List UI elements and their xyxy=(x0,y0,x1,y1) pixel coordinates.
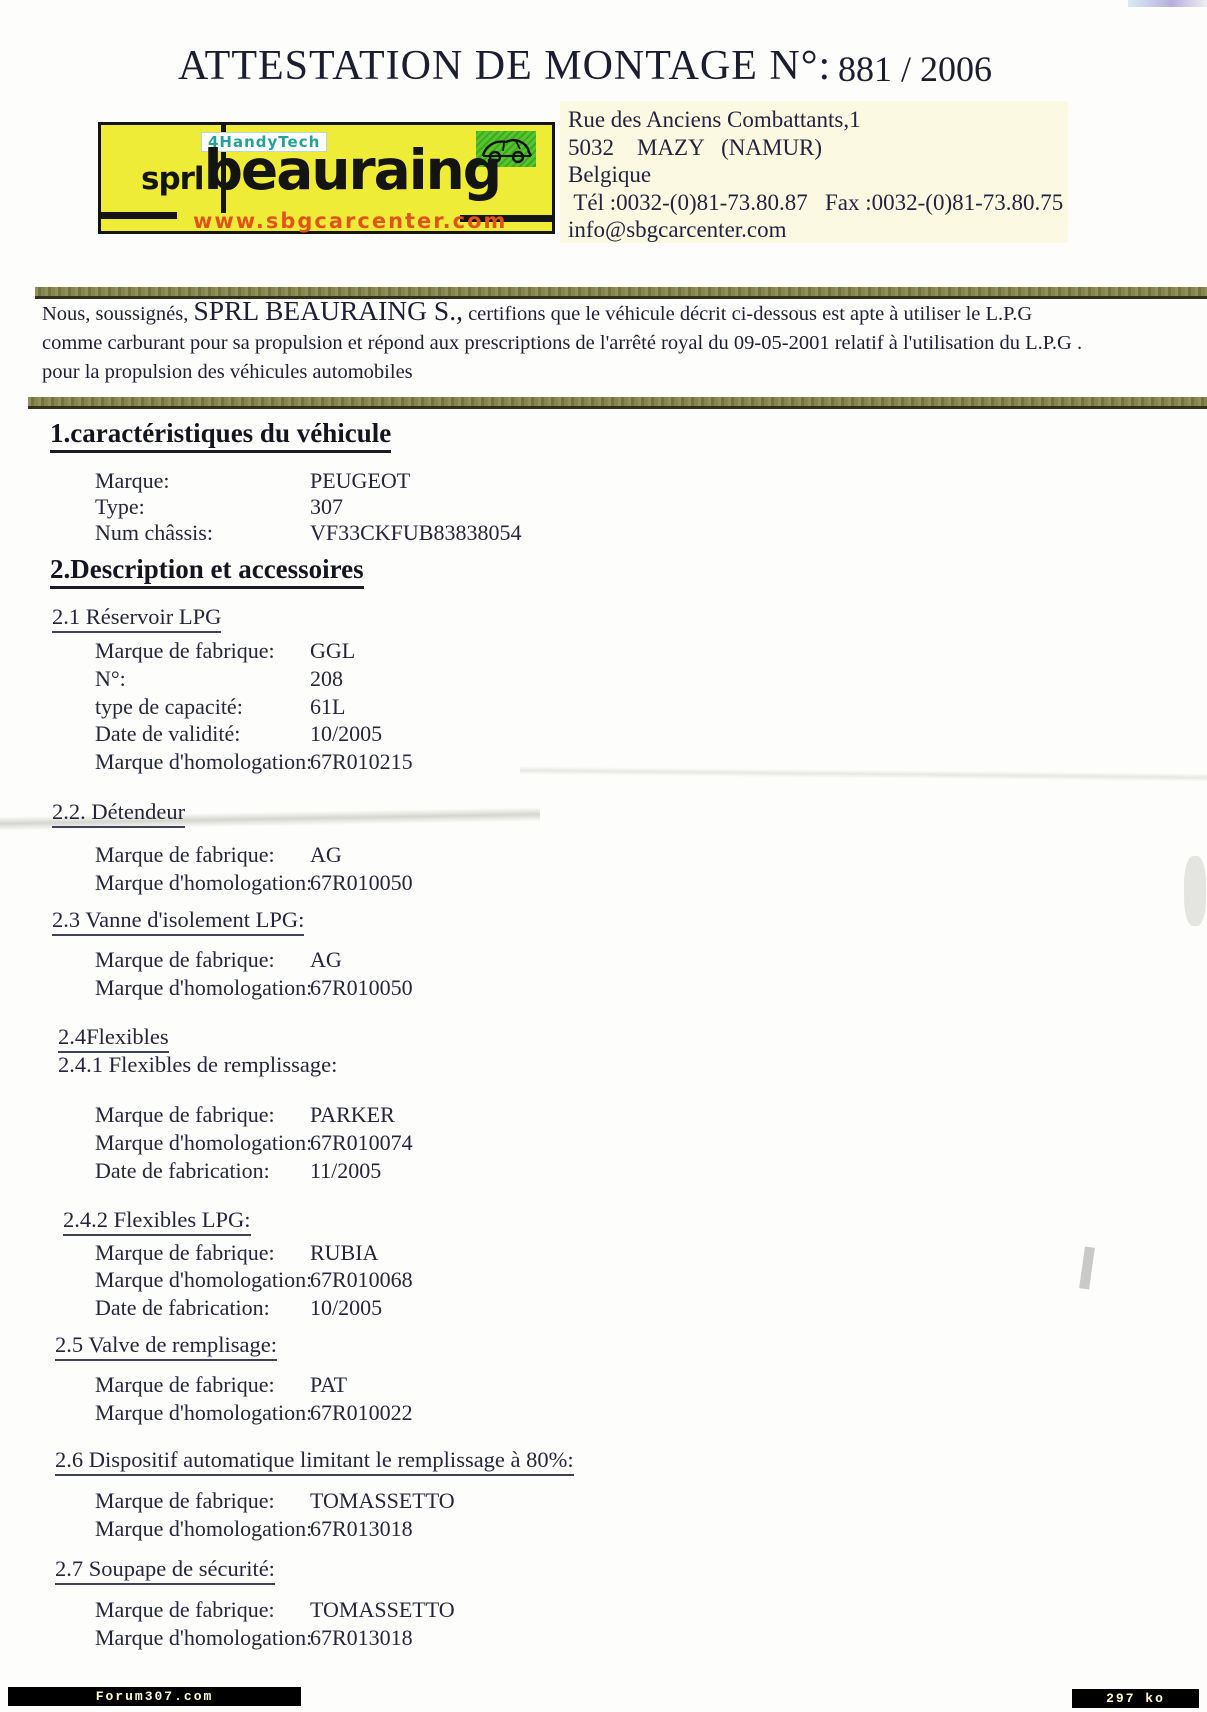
brand-name: beauraing xyxy=(204,143,501,198)
field-row: N°: 208 xyxy=(95,666,815,692)
field-value: 11/2005 xyxy=(310,1158,381,1184)
field-label: type de capacité: xyxy=(95,694,243,720)
field-row: Marque de fabrique: TOMASSETTO xyxy=(95,1597,815,1623)
field-label: Marque de fabrique: xyxy=(95,842,275,868)
attestation-number: 881 / 2006 xyxy=(838,48,992,90)
field-row: Marque de fabrique: PAT xyxy=(95,1372,815,1398)
watermark-filesize-badge: 297 ko xyxy=(1072,1689,1199,1708)
subsection-title: 2.6 Dispositif automatique limitant le r… xyxy=(55,1447,574,1476)
field-label: Marque d'homologation: xyxy=(95,1625,312,1651)
field-row: Num châssis: VF33CKFUB83838054 xyxy=(95,520,815,546)
field-value: 208 xyxy=(310,666,343,692)
field-label: Marque de fabrique: xyxy=(95,947,275,973)
field-row: Marque de fabrique: PARKER xyxy=(95,1102,815,1128)
address-line: Tél :0032-(0)81-73.80.87 Fax :0032-(0)81… xyxy=(568,189,1068,217)
field-row: Marque d'homologation: 67R010068 xyxy=(95,1267,815,1293)
field-value: 67R013018 xyxy=(310,1516,413,1542)
company-logo: 4HandyTech sprlbeauraing www.sbgcarcente… xyxy=(98,122,555,234)
field-row: Marque de fabrique: AG xyxy=(95,947,815,973)
field-value: TOMASSETTO xyxy=(310,1488,455,1514)
field-value: 67R010022 xyxy=(310,1400,413,1426)
certification-paragraph: Nous, soussignés, SPRL BEAURAING S., cer… xyxy=(42,296,1088,387)
field-label: Marque de fabrique: xyxy=(95,1597,275,1623)
field-label: Marque: xyxy=(95,468,170,494)
field-value: 307 xyxy=(310,494,343,520)
field-row: Date de fabrication: 10/2005 xyxy=(95,1295,815,1321)
field-label: N°: xyxy=(95,666,126,692)
subsection-title: 2.3 Vanne d'isolement LPG: xyxy=(52,907,304,936)
field-row: Marque d'homologation: 67R010215 xyxy=(95,749,815,775)
field-label: Marque de fabrique: xyxy=(95,1102,275,1128)
field-label: Date de fabrication: xyxy=(95,1295,270,1321)
scan-artifact xyxy=(1079,1247,1095,1290)
address-line: 5032 MAZY (NAMUR) xyxy=(568,134,1068,162)
scan-artifact xyxy=(1184,856,1206,926)
address-line: Belgique xyxy=(568,161,1068,189)
watermark-forum-badge: Forum307.com xyxy=(8,1687,301,1706)
field-label: Marque de fabrique: xyxy=(95,1488,275,1514)
field-row: Marque d'homologation: 67R013018 xyxy=(95,1516,815,1542)
field-row: Marque d'homologation: 67R010050 xyxy=(95,975,815,1001)
field-row: Marque de fabrique: GGL xyxy=(95,638,815,664)
field-label: Marque de fabrique: xyxy=(95,1372,275,1398)
field-label: Marque de fabrique: xyxy=(95,1240,275,1266)
field-label: Marque d'homologation: xyxy=(95,1130,312,1156)
field-row: Marque de fabrique: TOMASSETTO xyxy=(95,1488,815,1514)
address-block: Rue des Anciens Combattants,1 5032 MAZY … xyxy=(560,101,1068,243)
field-row: Marque: PEUGEOT xyxy=(95,468,815,494)
subsection-title: 2.7 Soupape de sécurité: xyxy=(55,1556,275,1585)
field-value: 67R013018 xyxy=(310,1625,413,1651)
field-value: GGL xyxy=(310,638,355,664)
field-row: Marque de fabrique: AG xyxy=(95,842,815,868)
field-label: Num châssis: xyxy=(95,520,213,546)
field-row: Type: 307 xyxy=(95,494,815,520)
field-row: Marque d'homologation: 67R010074 xyxy=(95,1130,815,1156)
address-line: info@sbgcarcenter.com xyxy=(568,216,1068,244)
field-row: Marque d'homologation: 67R013018 xyxy=(95,1625,815,1651)
field-value: 10/2005 xyxy=(310,1295,382,1321)
field-value: 67R010068 xyxy=(310,1267,413,1293)
field-value: AG xyxy=(310,947,342,973)
field-label: Marque d'homologation: xyxy=(95,1267,312,1293)
field-value: 67R010050 xyxy=(310,870,413,896)
scan-artifact xyxy=(1128,0,1207,7)
subsection-title: 2.5 Valve de remplisage: xyxy=(55,1332,277,1361)
section-heading: 2.Description et accessoires xyxy=(50,554,364,589)
intro-prefix: Nous, soussignés, xyxy=(42,303,188,325)
field-label: Date de validité: xyxy=(95,721,240,747)
page-title: ATTESTATION DE MONTAGE N°: xyxy=(178,42,831,90)
field-value: 10/2005 xyxy=(310,721,382,747)
separator-bar xyxy=(28,397,1207,409)
brand-prefix: sprl xyxy=(141,161,204,197)
field-label: Marque d'homologation: xyxy=(95,1516,312,1542)
section-heading: 1.caractéristiques du véhicule xyxy=(50,418,391,453)
field-label: Marque d'homologation: xyxy=(95,870,312,896)
field-label: Marque d'homologation: xyxy=(95,749,312,775)
document-page: ATTESTATION DE MONTAGE N°: 881 / 2006 4H… xyxy=(0,0,1207,1712)
address-line: Rue des Anciens Combattants,1 xyxy=(568,106,1068,134)
field-row: Marque de fabrique: RUBIA xyxy=(95,1240,815,1266)
field-value: RUBIA xyxy=(310,1240,378,1266)
field-value: TOMASSETTO xyxy=(310,1597,455,1623)
field-value: PAT xyxy=(310,1372,347,1398)
field-label: Marque de fabrique: xyxy=(95,638,275,664)
field-value: PEUGEOT xyxy=(310,468,410,494)
field-row: Date de fabrication: 11/2005 xyxy=(95,1158,815,1184)
field-value: 61L xyxy=(310,694,345,720)
company-name: SPRL BEAURAING S., xyxy=(194,295,463,326)
subsection-title: 2.2. Détendeur xyxy=(52,799,185,828)
field-label: Marque d'homologation: xyxy=(95,1400,312,1426)
field-label: Type: xyxy=(95,494,145,520)
field-row: Date de validité: 10/2005 xyxy=(95,721,815,747)
field-value: AG xyxy=(310,842,342,868)
brand-wordmark: sprlbeauraing xyxy=(141,143,500,198)
field-value: 67R010050 xyxy=(310,975,413,1001)
field-row: Marque d'homologation: 67R010022 xyxy=(95,1400,815,1426)
field-value: 67R010215 xyxy=(310,749,413,775)
website-url: www.sbgcarcenter.com xyxy=(193,209,507,233)
field-value: 67R010074 xyxy=(310,1130,413,1156)
field-value: PARKER xyxy=(310,1102,395,1128)
subsection-title: 2.4Flexibles xyxy=(58,1024,169,1053)
subsection-title: 2.1 Réservoir LPG xyxy=(52,604,221,633)
subsection-title: 2.4.2 Flexibles LPG: xyxy=(63,1207,251,1236)
subsection-subtitle: 2.4.1 Flexibles de remplissage: xyxy=(58,1052,337,1079)
field-label: Date de fabrication: xyxy=(95,1158,270,1184)
field-row: type de capacité: 61L xyxy=(95,694,815,720)
field-label: Marque d'homologation: xyxy=(95,975,312,1001)
field-value: VF33CKFUB83838054 xyxy=(310,520,521,546)
logo-divider-line xyxy=(101,212,177,219)
field-row: Marque d'homologation: 67R010050 xyxy=(95,870,815,896)
